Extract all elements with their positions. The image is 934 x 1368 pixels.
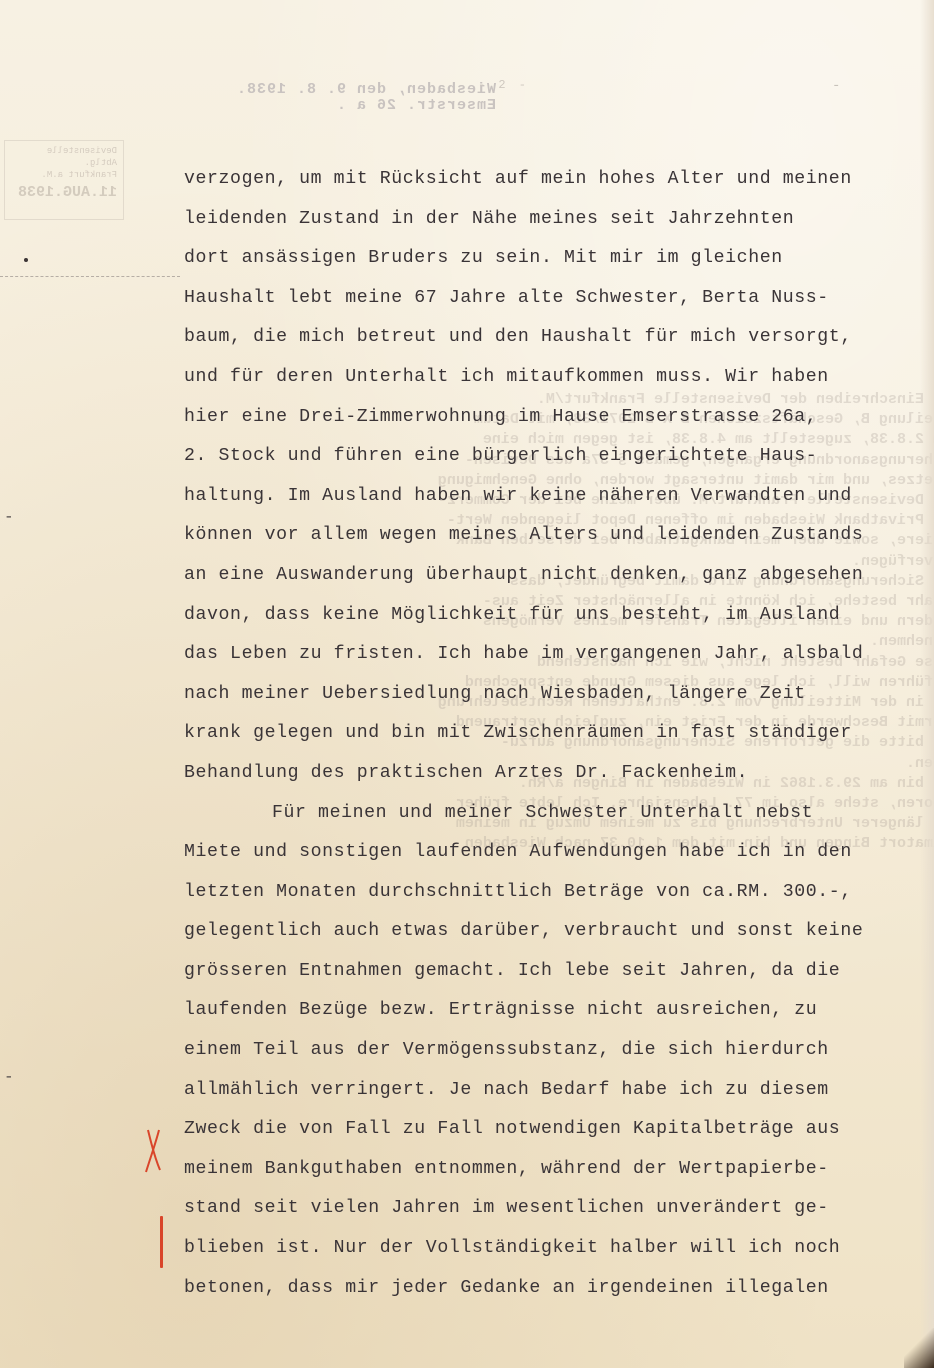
red-margin-bar-annotation xyxy=(160,1216,163,1268)
body-line: laufenden Bezüge bezw. Erträgnisse nicht… xyxy=(184,991,924,1031)
header-place-date: Wiesbaden, den 9. 8. 1938. xyxy=(236,82,496,98)
body-line: hier eine Drei-Zimmerwohnung im Hause Em… xyxy=(184,398,924,438)
header-right-mark: - xyxy=(832,78,840,94)
body-line: Für meinen und meiner Schwester Unterhal… xyxy=(184,794,924,834)
body-line: allmählich verringert. Je nach Bedarf ha… xyxy=(184,1071,924,1111)
body-line: das Leben zu fristen. Ich habe im vergan… xyxy=(184,635,924,675)
body-line: Zweck die von Fall zu Fall notwendigen K… xyxy=(184,1110,924,1150)
body-line: verzogen, um mit Rücksicht auf mein hohe… xyxy=(184,160,924,200)
margin-dot xyxy=(24,258,28,262)
document-page: Devisenstelle Abtlg. Frankfurt a.M. 11.A… xyxy=(0,0,934,1368)
red-x-annotation-icon xyxy=(143,1128,163,1174)
body-line: gelegentlich auch etwas darüber, verbrau… xyxy=(184,912,924,952)
body-line: dort ansässigen Bruders zu sein. Mit mir… xyxy=(184,239,924,279)
body-line: leidenden Zustand in der Nähe meines sei… xyxy=(184,200,924,240)
body-line: nach meiner Uebersiedlung nach Wiesbaden… xyxy=(184,675,924,715)
body-line: Behandlung des praktischen Arztes Dr. Fa… xyxy=(184,754,924,794)
body-line: blieben ist. Nur der Vollständigkeit hal… xyxy=(184,1229,924,1269)
body-line: können vor allem wegen meines Alters und… xyxy=(184,516,924,556)
body-line: 2. Stock und führen eine bürgerlich eing… xyxy=(184,437,924,477)
body-line: krank gelegen und bin mit Zwischenräumen… xyxy=(184,714,924,754)
letter-body: verzogen, um mit Rücksicht auf mein hohe… xyxy=(184,160,924,1308)
margin-dash-mark: - xyxy=(4,508,14,526)
stamp-line-2: Frankfurt a.M. xyxy=(11,169,117,181)
page-number-mark: - 2 - xyxy=(478,78,529,92)
body-line: haltung. Im Ausland haben wir keine nähe… xyxy=(184,477,924,517)
body-line: betonen, dass mir jeder Gedanke an irgen… xyxy=(184,1269,924,1309)
body-line: und für deren Unterhalt ich mitaufkommen… xyxy=(184,358,924,398)
body-line: an eine Auswanderung überhaupt nicht den… xyxy=(184,556,924,596)
body-line: grösseren Entnahmen gemacht. Ich lebe se… xyxy=(184,952,924,992)
header-address: Emserstr. 26 a . xyxy=(236,98,496,114)
body-line: davon, dass keine Möglichkeit für uns be… xyxy=(184,596,924,636)
body-line: baum, die mich betreut und den Haushalt … xyxy=(184,318,924,358)
body-line: Miete und sonstigen laufenden Aufwendung… xyxy=(184,833,924,873)
body-line: meinem Bankguthaben entnommen, während d… xyxy=(184,1150,924,1190)
letter-header: Wiesbaden, den 9. 8. 1938. Emserstr. 26 … xyxy=(236,82,496,114)
stamp-line-1: Devisenstelle Abtlg. xyxy=(11,145,117,169)
margin-dash-mark: - xyxy=(4,1068,14,1086)
body-line: letzten Monaten durchschnittlich Beträge… xyxy=(184,873,924,913)
body-line: einem Teil aus der Vermögenssubstanz, di… xyxy=(184,1031,924,1071)
body-line: Haushalt lebt meine 67 Jahre alte Schwes… xyxy=(184,279,924,319)
received-stamp: Devisenstelle Abtlg. Frankfurt a.M. 11.A… xyxy=(4,140,124,220)
stamp-rule-line xyxy=(0,276,180,277)
stamp-date: 11.AUG.1938 xyxy=(11,187,117,199)
page-corner-shadow xyxy=(904,1328,934,1368)
body-line: stand seit vielen Jahren im wesentlichen… xyxy=(184,1189,924,1229)
paper-right-edge xyxy=(920,0,934,1368)
